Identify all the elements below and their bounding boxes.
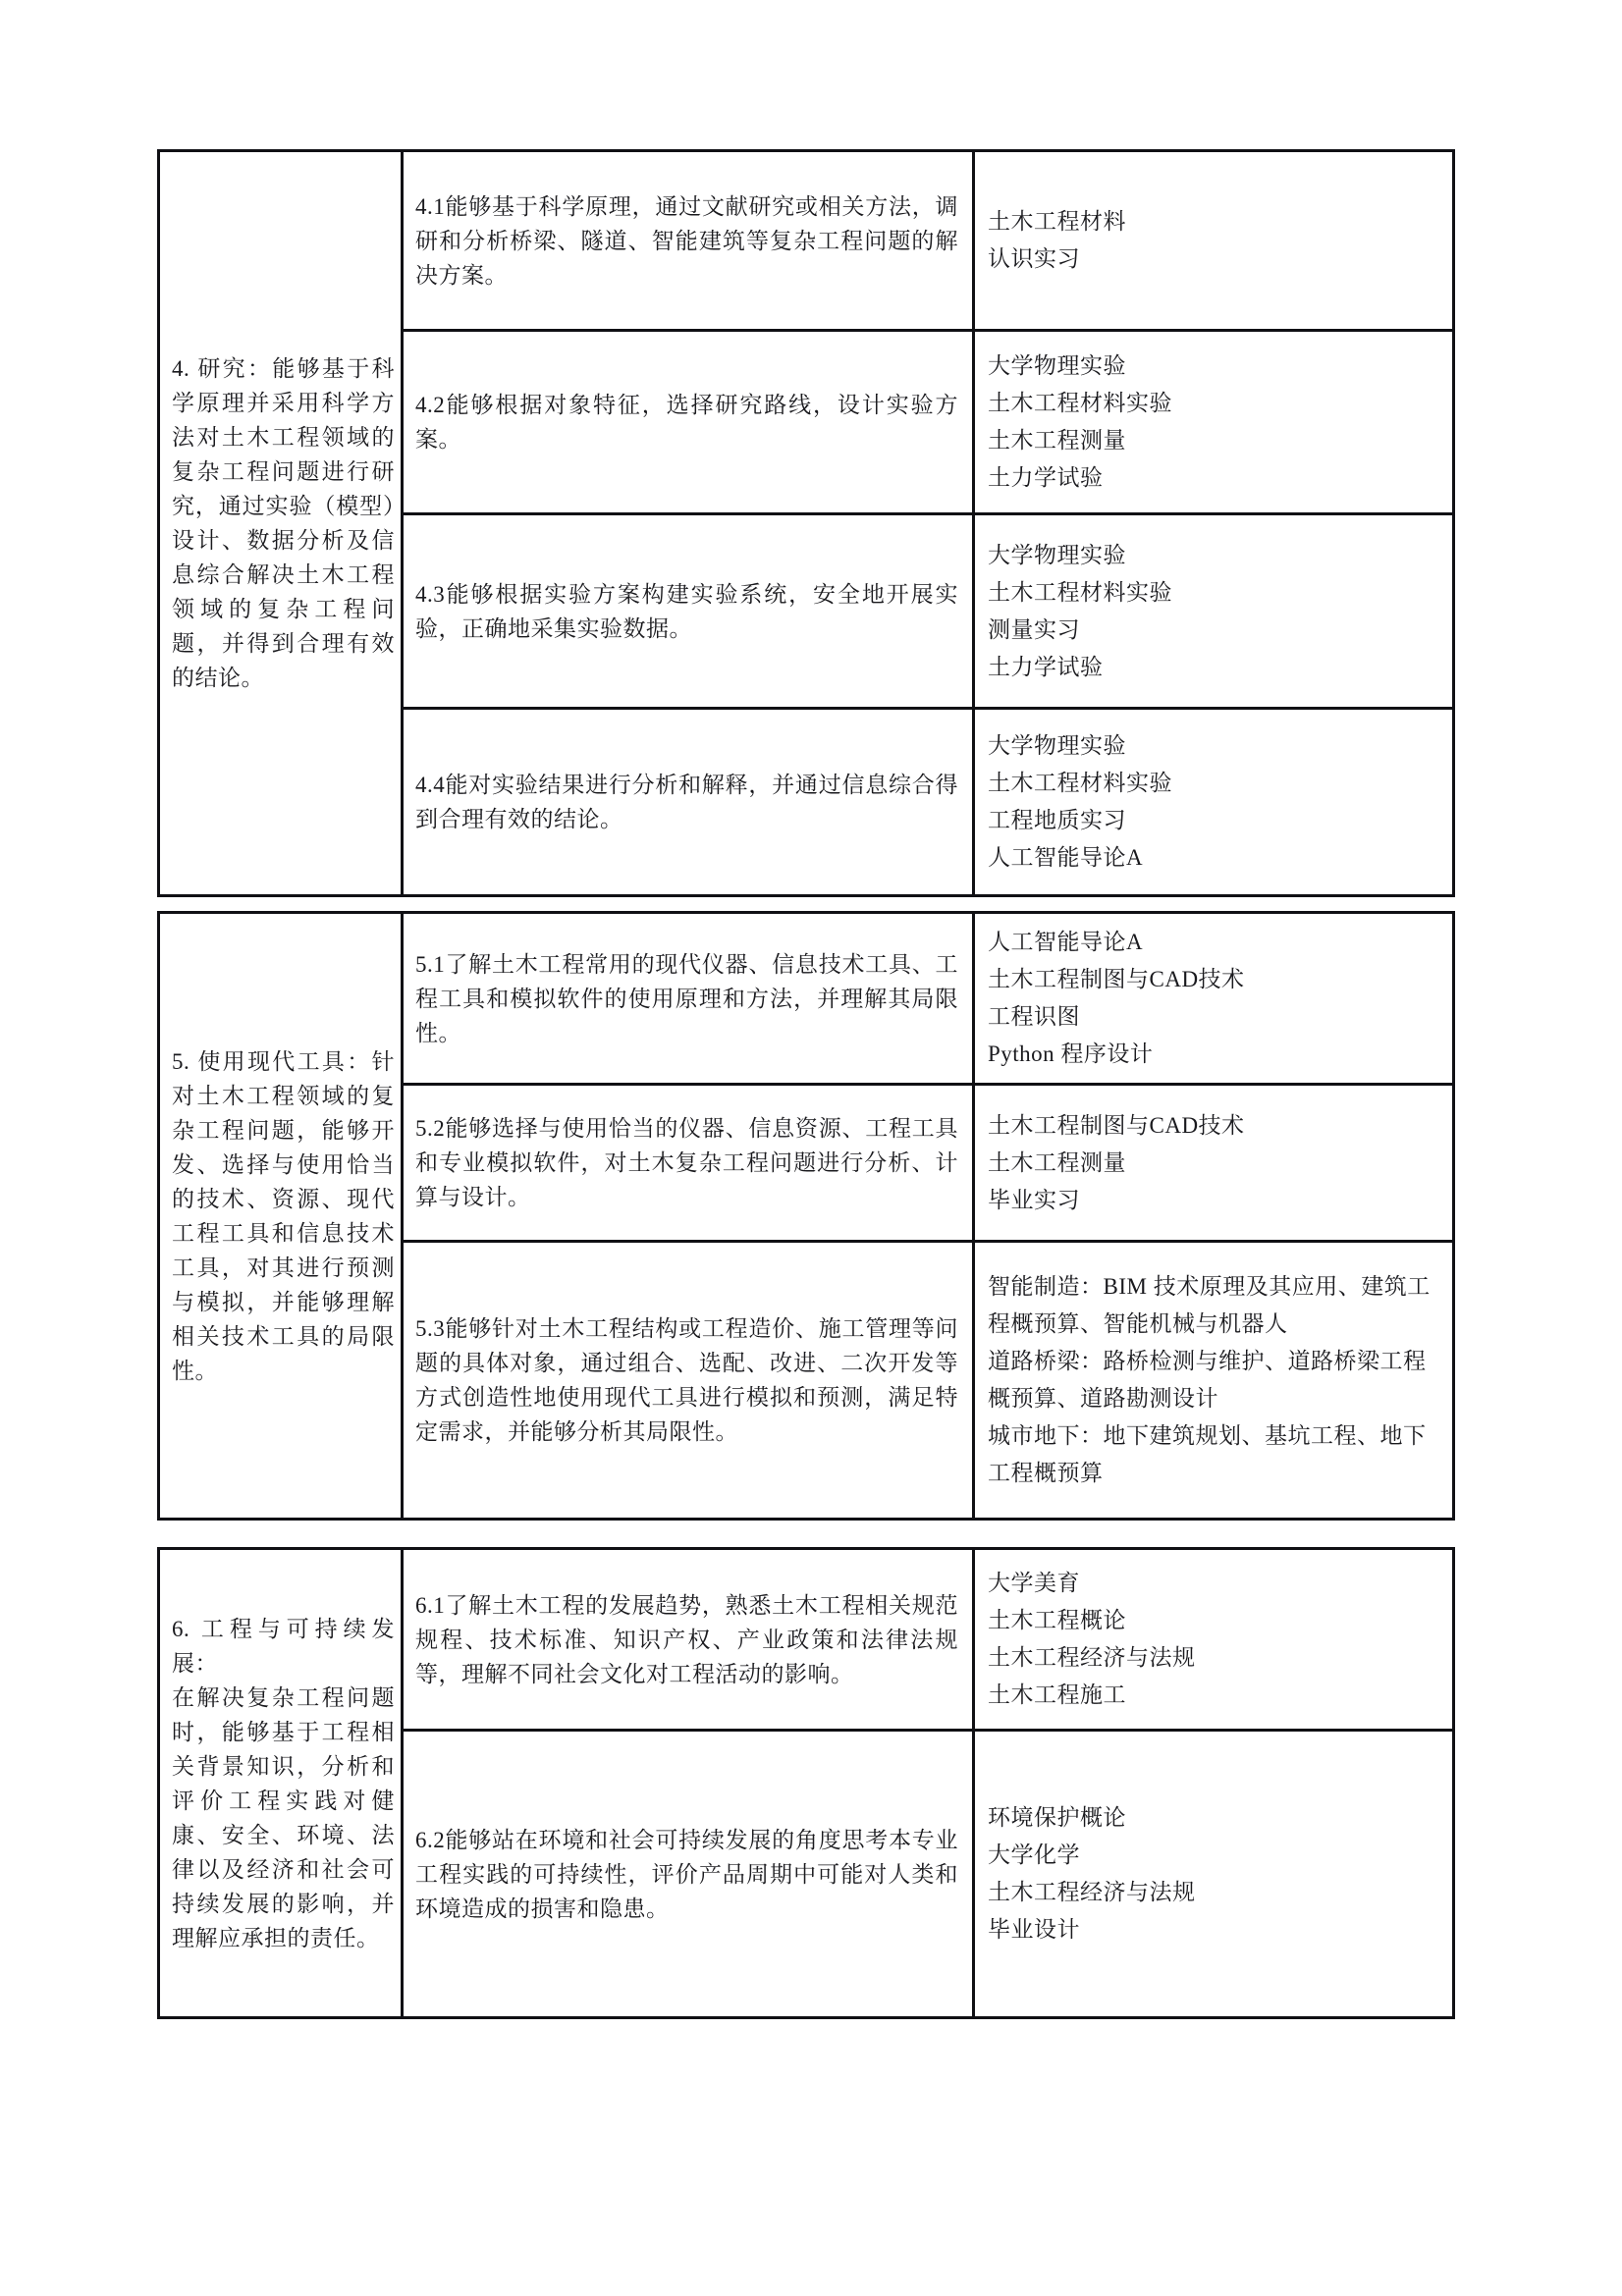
course-name: Python 程序设计 bbox=[988, 1036, 1438, 1073]
course-name: 工程地质实习 bbox=[988, 802, 1438, 839]
indicator-rows: 4.1能够基于科学原理，通过文献研究或相关方法，调研和分析桥梁、隧道、智能建筑等… bbox=[404, 152, 1452, 894]
table-row: 5.3能够针对土木工程结构或工程造价、施工管理等问题的具体对象，通过组合、选配、… bbox=[404, 1243, 1452, 1518]
indicator-cell: 4.2能够根据对象特征，选择研究路线，设计实验方案。 bbox=[404, 332, 975, 512]
requirement-group: 4. 研究：能够基于科学原理并采用科学方法对土木工程领域的复杂工程问题进行研究，… bbox=[157, 149, 1455, 897]
course-name: 测量实习 bbox=[988, 612, 1438, 649]
indicator-text: 4.1能够基于科学原理，通过文献研究或相关方法，调研和分析桥梁、隧道、智能建筑等… bbox=[415, 189, 958, 293]
table-row: 4.2能够根据对象特征，选择研究路线，设计实验方案。 大学物理实验土木工程材料实… bbox=[404, 332, 1452, 515]
course-name: 土木工程施工 bbox=[988, 1677, 1438, 1714]
table-row: 6.1了解土木工程的发展趋势，熟悉土木工程相关规范规程、技术标准、知识产权、产业… bbox=[404, 1550, 1452, 1732]
table-row: 4.4能对实验结果进行分析和解释，并通过信息综合得到合理有效的结论。 大学物理实… bbox=[404, 710, 1452, 894]
requirement-cell: 4. 研究：能够基于科学原理并采用科学方法对土木工程领域的复杂工程问题进行研究，… bbox=[160, 152, 404, 894]
indicator-text: 4.2能够根据对象特征，选择研究路线，设计实验方案。 bbox=[415, 388, 958, 456]
requirement-text: 5. 使用现代工具：针对土木工程领域的复杂工程问题，能够开发、选择与使用恰当的技… bbox=[172, 1044, 395, 1388]
course-name: 道路桥梁：路桥检测与维护、道路桥梁工程概预算、道路勘测设计 bbox=[988, 1343, 1438, 1417]
indicator-text: 6.2能够站在环境和社会可持续发展的角度思考本专业工程实践的可持续性，评价产品周… bbox=[415, 1823, 958, 1926]
course-name: 土木工程概论 bbox=[988, 1602, 1438, 1639]
course-name: 人工智能导论A bbox=[988, 839, 1438, 877]
table-row: 4.3能够根据实验方案构建实验系统，安全地开展实验，正确地采集实验数据。 大学物… bbox=[404, 515, 1452, 710]
course-name: 大学美育 bbox=[988, 1565, 1438, 1602]
indicator-text: 4.4能对实验结果进行分析和解释，并通过信息综合得到合理有效的结论。 bbox=[415, 768, 958, 836]
courses-cell: 人工智能导论A土木工程制图与CAD技术工程识图Python 程序设计 bbox=[975, 914, 1452, 1083]
course-name: 土木工程材料实验 bbox=[988, 765, 1438, 802]
course-name: 工程识图 bbox=[988, 998, 1438, 1036]
course-name: 环境保护概论 bbox=[988, 1799, 1438, 1837]
course-name: 土木工程经济与法规 bbox=[988, 1639, 1438, 1677]
table-row: 5.2能够选择与使用恰当的仪器、信息资源、工程工具和专业模拟软件，对土木复杂工程… bbox=[404, 1086, 1452, 1243]
course-name: 土木工程制图与CAD技术 bbox=[988, 961, 1438, 998]
courses-cell: 大学物理实验土木工程材料实验土木工程测量土力学试验 bbox=[975, 332, 1452, 512]
course-name: 毕业设计 bbox=[988, 1911, 1438, 1949]
table-row: 4.1能够基于科学原理，通过文献研究或相关方法，调研和分析桥梁、隧道、智能建筑等… bbox=[404, 152, 1452, 332]
requirement-text: 4. 研究：能够基于科学原理并采用科学方法对土木工程领域的复杂工程问题进行研究，… bbox=[172, 351, 395, 695]
courses-cell: 环境保护概论大学化学土木工程经济与法规毕业设计 bbox=[975, 1732, 1452, 2016]
course-name: 土木工程材料 bbox=[988, 203, 1438, 240]
indicator-cell: 4.4能对实验结果进行分析和解释，并通过信息综合得到合理有效的结论。 bbox=[404, 710, 975, 894]
course-name: 人工智能导论A bbox=[988, 924, 1438, 961]
indicator-text: 5.2能够选择与使用恰当的仪器、信息资源、工程工具和专业模拟软件，对土木复杂工程… bbox=[415, 1111, 958, 1214]
requirement-group: 6. 工程与可持续发展： 在解决复杂工程问题时，能够基于工程相关背景知识，分析和… bbox=[157, 1547, 1455, 2019]
requirement-cell: 6. 工程与可持续发展： 在解决复杂工程问题时，能够基于工程相关背景知识，分析和… bbox=[160, 1550, 404, 2016]
requirement-text: 6. 工程与可持续发展： 在解决复杂工程问题时，能够基于工程相关背景知识，分析和… bbox=[172, 1612, 395, 1955]
courses-cell: 大学物理实验土木工程材料实验测量实习土力学试验 bbox=[975, 515, 1452, 707]
indicator-cell: 4.1能够基于科学原理，通过文献研究或相关方法，调研和分析桥梁、隧道、智能建筑等… bbox=[404, 152, 975, 329]
course-name: 大学物理实验 bbox=[988, 537, 1438, 574]
requirement-cell: 5. 使用现代工具：针对土木工程领域的复杂工程问题，能够开发、选择与使用恰当的技… bbox=[160, 914, 404, 1518]
course-name: 大学化学 bbox=[988, 1837, 1438, 1874]
course-name: 大学物理实验 bbox=[988, 727, 1438, 765]
course-name: 土木工程测量 bbox=[988, 422, 1438, 459]
courses-cell: 大学美育土木工程概论土木工程经济与法规土木工程施工 bbox=[975, 1550, 1452, 1729]
indicator-text: 5.3能够针对土木工程结构或工程造价、施工管理等问题的具体对象，通过组合、选配、… bbox=[415, 1311, 958, 1449]
course-name: 土木工程材料实验 bbox=[988, 385, 1438, 422]
indicator-cell: 6.2能够站在环境和社会可持续发展的角度思考本专业工程实践的可持续性，评价产品周… bbox=[404, 1732, 975, 2016]
indicator-rows: 5.1了解土木工程常用的现代仪器、信息技术工具、工程工具和模拟软件的使用原理和方… bbox=[404, 914, 1452, 1518]
course-name: 毕业实习 bbox=[988, 1182, 1438, 1219]
indicator-text: 4.3能够根据实验方案构建实验系统，安全地开展实验，正确地采集实验数据。 bbox=[415, 577, 958, 646]
indicator-text: 6.1了解土木工程的发展趋势，熟悉土木工程相关规范规程、技术标准、知识产权、产业… bbox=[415, 1588, 958, 1691]
course-name: 土力学试验 bbox=[988, 459, 1438, 497]
course-name: 土木工程制图与CAD技术 bbox=[988, 1107, 1438, 1145]
indicator-text: 5.1了解土木工程常用的现代仪器、信息技术工具、工程工具和模拟软件的使用原理和方… bbox=[415, 947, 958, 1050]
course-name: 认识实习 bbox=[988, 240, 1438, 278]
indicator-cell: 6.1了解土木工程的发展趋势，熟悉土木工程相关规范规程、技术标准、知识产权、产业… bbox=[404, 1550, 975, 1729]
courses-cell: 智能制造：BIM 技术原理及其应用、建筑工程概预算、智能机械与机器人道路桥梁：路… bbox=[975, 1243, 1452, 1518]
course-name: 土力学试验 bbox=[988, 649, 1438, 686]
course-name: 土木工程经济与法规 bbox=[988, 1874, 1438, 1911]
requirement-group: 5. 使用现代工具：针对土木工程领域的复杂工程问题，能够开发、选择与使用恰当的技… bbox=[157, 911, 1455, 1521]
course-name: 智能制造：BIM 技术原理及其应用、建筑工程概预算、智能机械与机器人 bbox=[988, 1268, 1438, 1343]
table-row: 5.1了解土木工程常用的现代仪器、信息技术工具、工程工具和模拟软件的使用原理和方… bbox=[404, 914, 1452, 1086]
curriculum-matrix-table: 4. 研究：能够基于科学原理并采用科学方法对土木工程领域的复杂工程问题进行研究，… bbox=[157, 149, 1455, 2019]
indicator-cell: 5.1了解土木工程常用的现代仪器、信息技术工具、工程工具和模拟软件的使用原理和方… bbox=[404, 914, 975, 1083]
course-name: 城市地下：地下建筑规划、基坑工程、地下工程概预算 bbox=[988, 1417, 1438, 1492]
table-row: 6.2能够站在环境和社会可持续发展的角度思考本专业工程实践的可持续性，评价产品周… bbox=[404, 1732, 1452, 2016]
courses-cell: 大学物理实验土木工程材料实验工程地质实习人工智能导论A bbox=[975, 710, 1452, 894]
courses-cell: 土木工程制图与CAD技术土木工程测量毕业实习 bbox=[975, 1086, 1452, 1240]
course-name: 土木工程材料实验 bbox=[988, 574, 1438, 612]
indicator-cell: 5.2能够选择与使用恰当的仪器、信息资源、工程工具和专业模拟软件，对土木复杂工程… bbox=[404, 1086, 975, 1240]
indicator-cell: 5.3能够针对土木工程结构或工程造价、施工管理等问题的具体对象，通过组合、选配、… bbox=[404, 1243, 975, 1518]
course-name: 土木工程测量 bbox=[988, 1145, 1438, 1182]
course-name: 大学物理实验 bbox=[988, 347, 1438, 385]
courses-cell: 土木工程材料认识实习 bbox=[975, 152, 1452, 329]
indicator-cell: 4.3能够根据实验方案构建实验系统，安全地开展实验，正确地采集实验数据。 bbox=[404, 515, 975, 707]
indicator-rows: 6.1了解土木工程的发展趋势，熟悉土木工程相关规范规程、技术标准、知识产权、产业… bbox=[404, 1550, 1452, 2016]
